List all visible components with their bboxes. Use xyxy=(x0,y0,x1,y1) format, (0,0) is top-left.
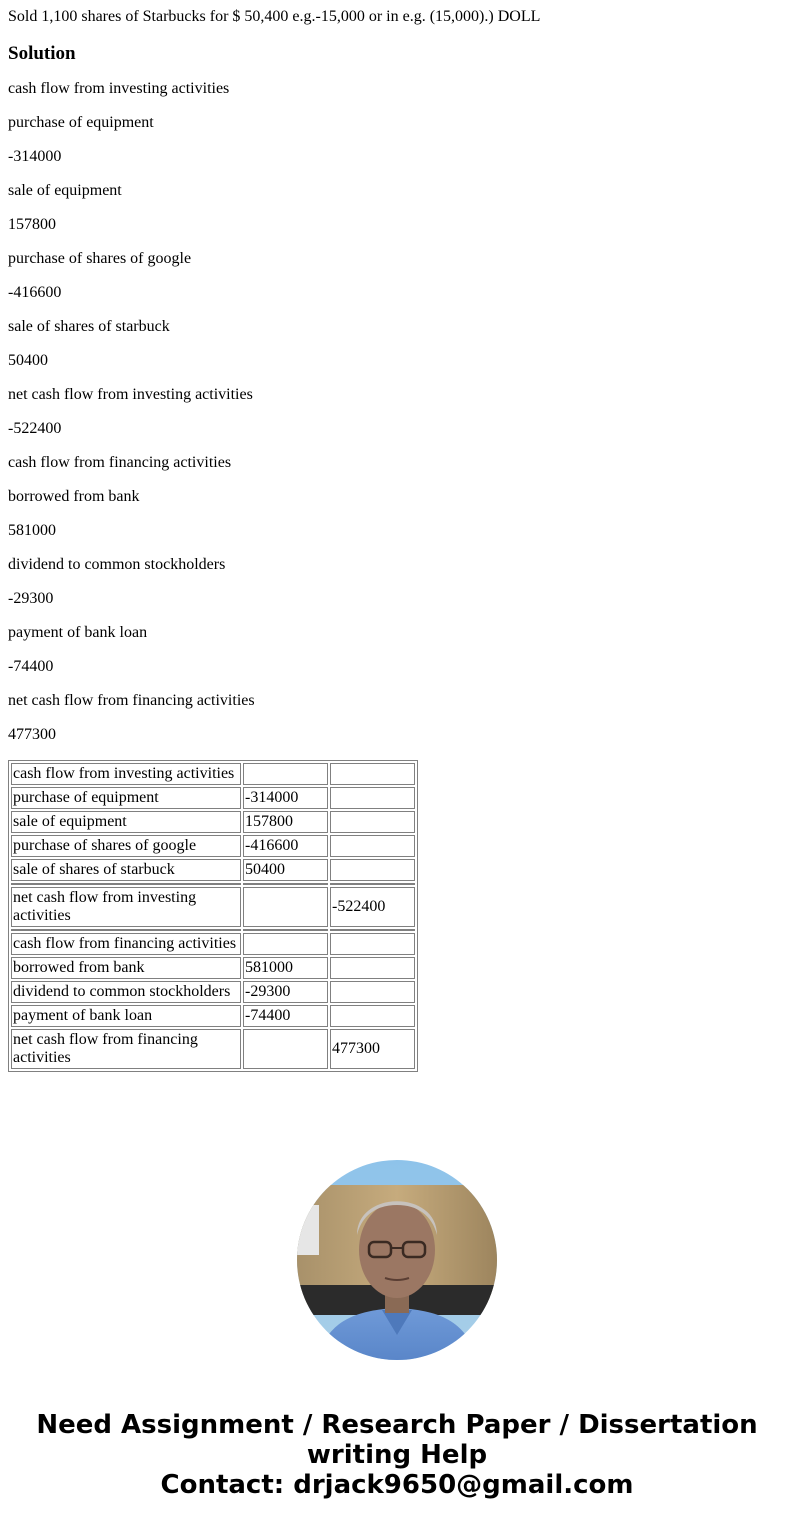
row-amount: -29300 xyxy=(243,981,328,1003)
solution-line: purchase of shares of google xyxy=(8,250,786,268)
row-amount xyxy=(243,887,328,927)
table-row: payment of bank loan -74400 xyxy=(11,1005,415,1027)
row-amount xyxy=(243,763,328,785)
row-total xyxy=(330,859,415,881)
table-row: sale of equipment 157800 xyxy=(11,811,415,833)
separator-cell xyxy=(330,929,415,931)
solution-line: sale of shares of starbuck xyxy=(8,318,786,336)
solution-line: purchase of equipment xyxy=(8,114,786,132)
row-total: -522400 xyxy=(330,887,415,927)
solution-line: cash flow from investing activities xyxy=(8,80,786,98)
row-total xyxy=(330,763,415,785)
row-label: net cash flow from financing activities xyxy=(11,1029,241,1069)
table-row: borrowed from bank 581000 xyxy=(11,957,415,979)
row-label: net cash flow from investing activities xyxy=(11,887,241,927)
solution-line: dividend to common stockholders xyxy=(8,556,786,574)
row-amount xyxy=(243,933,328,955)
solution-line: 477300 xyxy=(8,726,786,744)
row-amount: -416600 xyxy=(243,835,328,857)
solution-line: 581000 xyxy=(8,522,786,540)
solution-line: net cash flow from financing activities xyxy=(8,692,786,710)
table-row: dividend to common stockholders -29300 xyxy=(11,981,415,1003)
row-amount: 157800 xyxy=(243,811,328,833)
row-total xyxy=(330,1005,415,1027)
row-total xyxy=(330,787,415,809)
solution-line: cash flow from financing activities xyxy=(8,454,786,472)
solution-line: -74400 xyxy=(8,658,786,676)
separator-cell xyxy=(243,929,328,931)
row-total xyxy=(330,811,415,833)
table-row: net cash flow from investing activities … xyxy=(11,887,415,927)
separator-cell xyxy=(330,883,415,885)
row-label: dividend to common stockholders xyxy=(11,981,241,1003)
row-total xyxy=(330,981,415,1003)
table-row: purchase of equipment -314000 xyxy=(11,787,415,809)
row-amount: 581000 xyxy=(243,957,328,979)
row-label: borrowed from bank xyxy=(11,957,241,979)
table-separator-row xyxy=(11,883,415,885)
separator-cell xyxy=(11,883,241,885)
row-label: purchase of shares of google xyxy=(11,835,241,857)
solution-line: sale of equipment xyxy=(8,182,786,200)
table-separator-row xyxy=(11,929,415,931)
promo-line: Need Assignment / Research Paper / Disse… xyxy=(0,1410,794,1440)
row-total xyxy=(330,933,415,955)
row-label: cash flow from investing activities xyxy=(11,763,241,785)
table-row: net cash flow from financing activities … xyxy=(11,1029,415,1069)
author-avatar xyxy=(297,1160,497,1360)
row-total: 477300 xyxy=(330,1029,415,1069)
row-label: sale of shares of starbuck xyxy=(11,859,241,881)
separator-cell xyxy=(243,883,328,885)
solution-line: net cash flow from investing activities xyxy=(8,386,786,404)
solution-lines: cash flow from investing activities purc… xyxy=(8,80,786,744)
table-row: sale of shares of starbuck 50400 xyxy=(11,859,415,881)
row-total xyxy=(330,957,415,979)
row-label: cash flow from financing activities xyxy=(11,933,241,955)
solution-line: payment of bank loan xyxy=(8,624,786,642)
solution-line: 157800 xyxy=(8,216,786,234)
question-text: Sold 1,100 shares of Starbucks for $ 50,… xyxy=(8,7,786,26)
promo-banner: Need Assignment / Research Paper / Disse… xyxy=(0,1410,794,1500)
cash-flow-table: cash flow from investing activities purc… xyxy=(8,760,418,1072)
solution-line: -522400 xyxy=(8,420,786,438)
table-row: purchase of shares of google -416600 xyxy=(11,835,415,857)
row-amount: -74400 xyxy=(243,1005,328,1027)
solution-line: borrowed from bank xyxy=(8,488,786,506)
row-amount: -314000 xyxy=(243,787,328,809)
document-body: Sold 1,100 shares of Starbucks for $ 50,… xyxy=(0,7,794,1072)
table-row: cash flow from financing activities xyxy=(11,933,415,955)
row-label: purchase of equipment xyxy=(11,787,241,809)
table-row: cash flow from investing activities xyxy=(11,763,415,785)
promo-line: writing Help xyxy=(0,1440,794,1470)
promo-contact: Contact: drjack9650@gmail.com xyxy=(0,1470,794,1500)
separator-cell xyxy=(11,929,241,931)
row-total xyxy=(330,835,415,857)
row-amount xyxy=(243,1029,328,1069)
person-photo-icon xyxy=(297,1160,497,1360)
solution-line: 50400 xyxy=(8,352,786,370)
solution-line: -29300 xyxy=(8,590,786,608)
row-amount: 50400 xyxy=(243,859,328,881)
solution-heading: Solution xyxy=(8,43,786,65)
row-label: payment of bank loan xyxy=(11,1005,241,1027)
solution-line: -416600 xyxy=(8,284,786,302)
solution-line: -314000 xyxy=(8,148,786,166)
row-label: sale of equipment xyxy=(11,811,241,833)
